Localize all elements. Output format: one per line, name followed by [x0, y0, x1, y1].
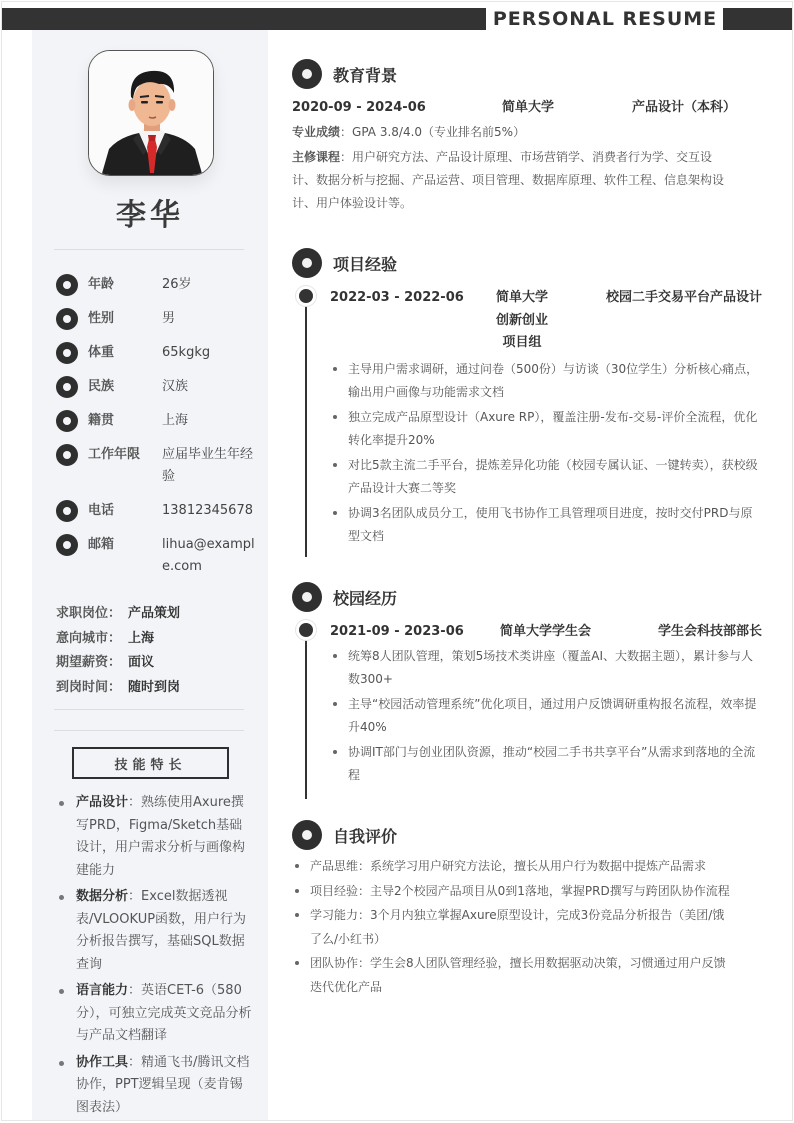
- ring-bullet-icon: [56, 308, 78, 330]
- bullet-item: 协调IT部门与创业团队资源，推动“校园二手书共享平台”从需求到落地的全流程: [330, 741, 762, 788]
- info-label: 性别: [88, 308, 162, 330]
- phone-value[interactable]: 13812345678: [162, 500, 256, 522]
- info-row-hometown: 籍贯 上海: [56, 410, 256, 432]
- candidate-name: 李华: [32, 190, 268, 234]
- avatar-portrait-icon: [89, 51, 214, 176]
- info-label: 邮箱: [88, 534, 162, 556]
- personal-info-list: 年龄 26岁 性别 男 体重 65kgkg 民族 汉族 籍贯 上海: [56, 274, 256, 590]
- info-label: 电话: [88, 500, 162, 522]
- ring-bullet-icon: [56, 444, 78, 466]
- edu-courses: 主修课程：用户研究方法、产品设计原理、市场营销学、消费者行为学、交互设计、数据分…: [292, 146, 736, 215]
- campus-date: 2021-09 - 2023-06: [330, 621, 500, 644]
- ring-bullet-icon: [56, 376, 78, 398]
- skill-sep: ：: [128, 889, 141, 904]
- ring-bullet-icon: [56, 500, 78, 522]
- self-eval-list: 产品思维：系统学习用户研究方法论，擅长从用户行为数据中提炼产品需求 项目经验：主…: [292, 855, 736, 999]
- info-value: 上海: [162, 410, 256, 432]
- ring-bullet-icon: [56, 342, 78, 364]
- skill-name: 数据分析: [76, 889, 128, 904]
- info-row-weight: 体重 65kgkg: [56, 342, 256, 364]
- ring-bullet-icon: [56, 274, 78, 296]
- section-title: 自我评价: [333, 824, 397, 847]
- skill-item: 产品设计：熟练使用Axure撰写PRD，Figma/Sketch基础设计，用户需…: [56, 792, 252, 882]
- info-row-phone: 电话 13812345678: [56, 500, 256, 522]
- edu-major: 产品设计（本科）: [622, 98, 762, 118]
- intent-row: 求职岗位： 产品策划: [56, 602, 256, 627]
- intent-value: 产品策划: [128, 602, 180, 627]
- section-campus: 校园经历 2021-09 - 2023-06 简单大学学生会 学生会科技部部长 …: [292, 582, 762, 799]
- skill-name: 语言能力: [76, 983, 128, 998]
- intent-label: 求职岗位：: [56, 602, 128, 627]
- job-intent: 求职岗位： 产品策划 意向城市： 上海 期望薪资： 面议 到岗时间： 随时到岗: [56, 602, 256, 700]
- courses-label: 主修课程: [292, 150, 340, 164]
- bullet-item: 对比5款主流二手平台，提炼差异化功能（校园专属认证、一键转卖），获校级产品设计大…: [330, 454, 762, 501]
- project-entry: 2022-03 - 2022-06 简单大学创新创业项目组 校园二手交易平台产品…: [292, 287, 762, 557]
- section-title: 项目经验: [333, 252, 397, 275]
- timeline-line: [305, 297, 307, 557]
- info-label: 民族: [88, 376, 162, 398]
- resume-title: PERSONAL RESUME: [488, 8, 722, 30]
- skill-item: 协作工具：精通飞书/腾讯文档协作，PPT逻辑呈现（麦肯锡图表法）: [56, 1052, 252, 1120]
- section-title: 校园经历: [333, 586, 397, 609]
- info-value: 65kgkg: [162, 342, 256, 364]
- section-ring-icon: [292, 248, 322, 278]
- intent-row: 到岗时间： 随时到岗: [56, 676, 256, 701]
- campus-entry: 2021-09 - 2023-06 简单大学学生会 学生会科技部部长 统筹8人团…: [292, 621, 762, 799]
- courses-value: 用户研究方法、产品设计原理、市场营销学、消费者行为学、交互设计、数据分析与挖掘、…: [292, 150, 724, 210]
- intent-value: 随时到岗: [128, 676, 180, 701]
- timeline-dot-icon: [299, 289, 313, 303]
- info-row-experience: 工作年限 应届毕业生年经验: [56, 444, 256, 488]
- info-row-email: 邮箱 lihua@example.com: [56, 534, 256, 578]
- avatar: [88, 50, 214, 176]
- bullet-item: 协调3名团队成员分工，使用飞书协作工具管理项目进度，按时交付PRD与原型文档: [330, 502, 762, 549]
- header-bar-left: [2, 8, 486, 30]
- info-row-gender: 性别 男: [56, 308, 256, 330]
- gpa-label: 专业成绩: [292, 125, 340, 139]
- bullet-item: 项目经验：主导2个校园产品项目从0到1落地，掌握PRD撰写与跨团队协作流程: [292, 880, 736, 904]
- info-row-age: 年龄 26岁: [56, 274, 256, 296]
- bullet-item: 主导“校园活动管理系统”优化项目，通过用户反馈调研重构报名流程，效率提升40%: [330, 693, 762, 740]
- section-ring-icon: [292, 582, 322, 612]
- timeline-dot-icon: [299, 623, 313, 637]
- ring-bullet-icon: [56, 534, 78, 556]
- intent-value: 面议: [128, 651, 154, 676]
- skill-sep: ：: [128, 795, 141, 810]
- bullet-item: 主导用户需求调研，通过问卷（500份）与访谈（30位学生）分析核心痛点，输出用户…: [330, 358, 762, 405]
- info-label: 籍贯: [88, 410, 162, 432]
- header-bar-right: [723, 8, 793, 30]
- info-label: 年龄: [88, 274, 162, 296]
- bullet-item: 产品思维：系统学习用户研究方法论，擅长从用户行为数据中提炼产品需求: [292, 855, 736, 879]
- info-row-ethnicity: 民族 汉族: [56, 376, 256, 398]
- edu-gpa: 专业成绩：GPA 3.8/4.0（专业排名前5%）: [292, 121, 762, 144]
- info-value: 26岁: [162, 274, 256, 296]
- skill-item: 数据分析：Excel数据透视表/VLOOKUP函数，用户行为分析报告撰写，基础S…: [56, 886, 252, 976]
- section-header: 教育背景: [292, 59, 762, 89]
- info-label: 体重: [88, 342, 162, 364]
- info-value: 男: [162, 308, 256, 330]
- intent-label: 到岗时间：: [56, 676, 128, 701]
- resume-page: PERSONAL RESUME: [1, 1, 793, 1121]
- intent-label: 期望薪资：: [56, 651, 128, 676]
- skill-name: 协作工具: [76, 1055, 128, 1070]
- campus-org: 简单大学学生会: [500, 621, 610, 644]
- skill-sep: ：: [128, 1055, 141, 1070]
- bullet-item: 独立完成产品原型设计（Axure RP），覆盖注册-发布-交易-评价全流程，优化…: [330, 406, 762, 453]
- campus-role: 学生会科技部部长: [610, 621, 762, 644]
- intent-value: 上海: [128, 627, 154, 652]
- project-date: 2022-03 - 2022-06: [330, 287, 494, 355]
- section-header: 校园经历: [292, 582, 762, 612]
- info-label: 工作年限: [88, 444, 162, 466]
- project-role: 校园二手交易平台产品设计: [550, 287, 762, 355]
- skill-item: 语言能力：英语CET-6（580分），可独立完成英文竞品分析与产品文档翻译: [56, 980, 252, 1048]
- edu-school: 简单大学: [502, 98, 622, 118]
- ring-bullet-icon: [56, 410, 78, 432]
- project-org: 简单大学创新创业项目组: [494, 287, 550, 355]
- divider: [54, 709, 244, 710]
- section-education: 教育背景 2020-09 - 2024-06 简单大学 产品设计（本科） 专业成…: [292, 59, 762, 215]
- info-value: 应届毕业生年经验: [162, 444, 256, 488]
- section-header: 项目经验: [292, 248, 762, 278]
- bullet-item: 团队协作：学生会8人团队管理经验，擅长用数据驱动决策，习惯通过用户反馈迭代优化产…: [292, 952, 736, 999]
- edu-date: 2020-09 - 2024-06: [292, 98, 502, 118]
- project-bullets: 主导用户需求调研，通过问卷（500份）与访谈（30位学生）分析核心痛点，输出用户…: [330, 358, 762, 549]
- section-title: 教育背景: [333, 63, 397, 86]
- section-projects: 项目经验 2022-03 - 2022-06 简单大学创新创业项目组 校园二手交…: [292, 248, 762, 557]
- bullet-item: 统筹8人团队管理，策划5场技术类讲座（覆盖AI、大数据主题），累计参与人数300…: [330, 645, 762, 692]
- section-ring-icon: [292, 820, 322, 850]
- gpa-sep: ：: [340, 125, 352, 139]
- divider: [54, 249, 244, 250]
- education-row: 2020-09 - 2024-06 简单大学 产品设计（本科）: [292, 98, 762, 118]
- intent-row: 意向城市： 上海: [56, 627, 256, 652]
- section-self-evaluation: 自我评价 产品思维：系统学习用户研究方法论，擅长从用户行为数据中提炼产品需求 项…: [292, 820, 762, 1000]
- bullet-item: 学习能力：3个月内独立掌握Axure原型设计，完成3份竞品分析报告（美团/饿了么…: [292, 904, 736, 951]
- courses-sep: ：: [340, 150, 352, 164]
- campus-header: 2021-09 - 2023-06 简单大学学生会 学生会科技部部长: [330, 621, 762, 644]
- timeline-line: [305, 631, 307, 799]
- info-value: 汉族: [162, 376, 256, 398]
- section-ring-icon: [292, 59, 322, 89]
- project-header: 2022-03 - 2022-06 简单大学创新创业项目组 校园二手交易平台产品…: [330, 287, 762, 355]
- section-header: 自我评价: [292, 820, 762, 850]
- email-link[interactable]: lihua@example.com: [162, 534, 256, 578]
- intent-row: 期望薪资： 面议: [56, 651, 256, 676]
- gpa-value: GPA 3.8/4.0（专业排名前5%）: [352, 125, 525, 139]
- skill-sep: ：: [128, 983, 141, 998]
- skills-list: 产品设计：熟练使用Axure撰写PRD，Figma/Sketch基础设计，用户需…: [56, 792, 252, 1121]
- intent-label: 意向城市：: [56, 627, 128, 652]
- skill-name: 产品设计: [76, 795, 128, 810]
- campus-bullets: 统筹8人团队管理，策划5场技术类讲座（覆盖AI、大数据主题），累计参与人数300…: [330, 645, 762, 788]
- divider: [54, 730, 244, 731]
- skills-heading: 技能特长: [72, 747, 229, 779]
- sidebar: 李华 年龄 26岁 性别 男 体重 65kgkg 民族 汉族: [32, 30, 268, 1121]
